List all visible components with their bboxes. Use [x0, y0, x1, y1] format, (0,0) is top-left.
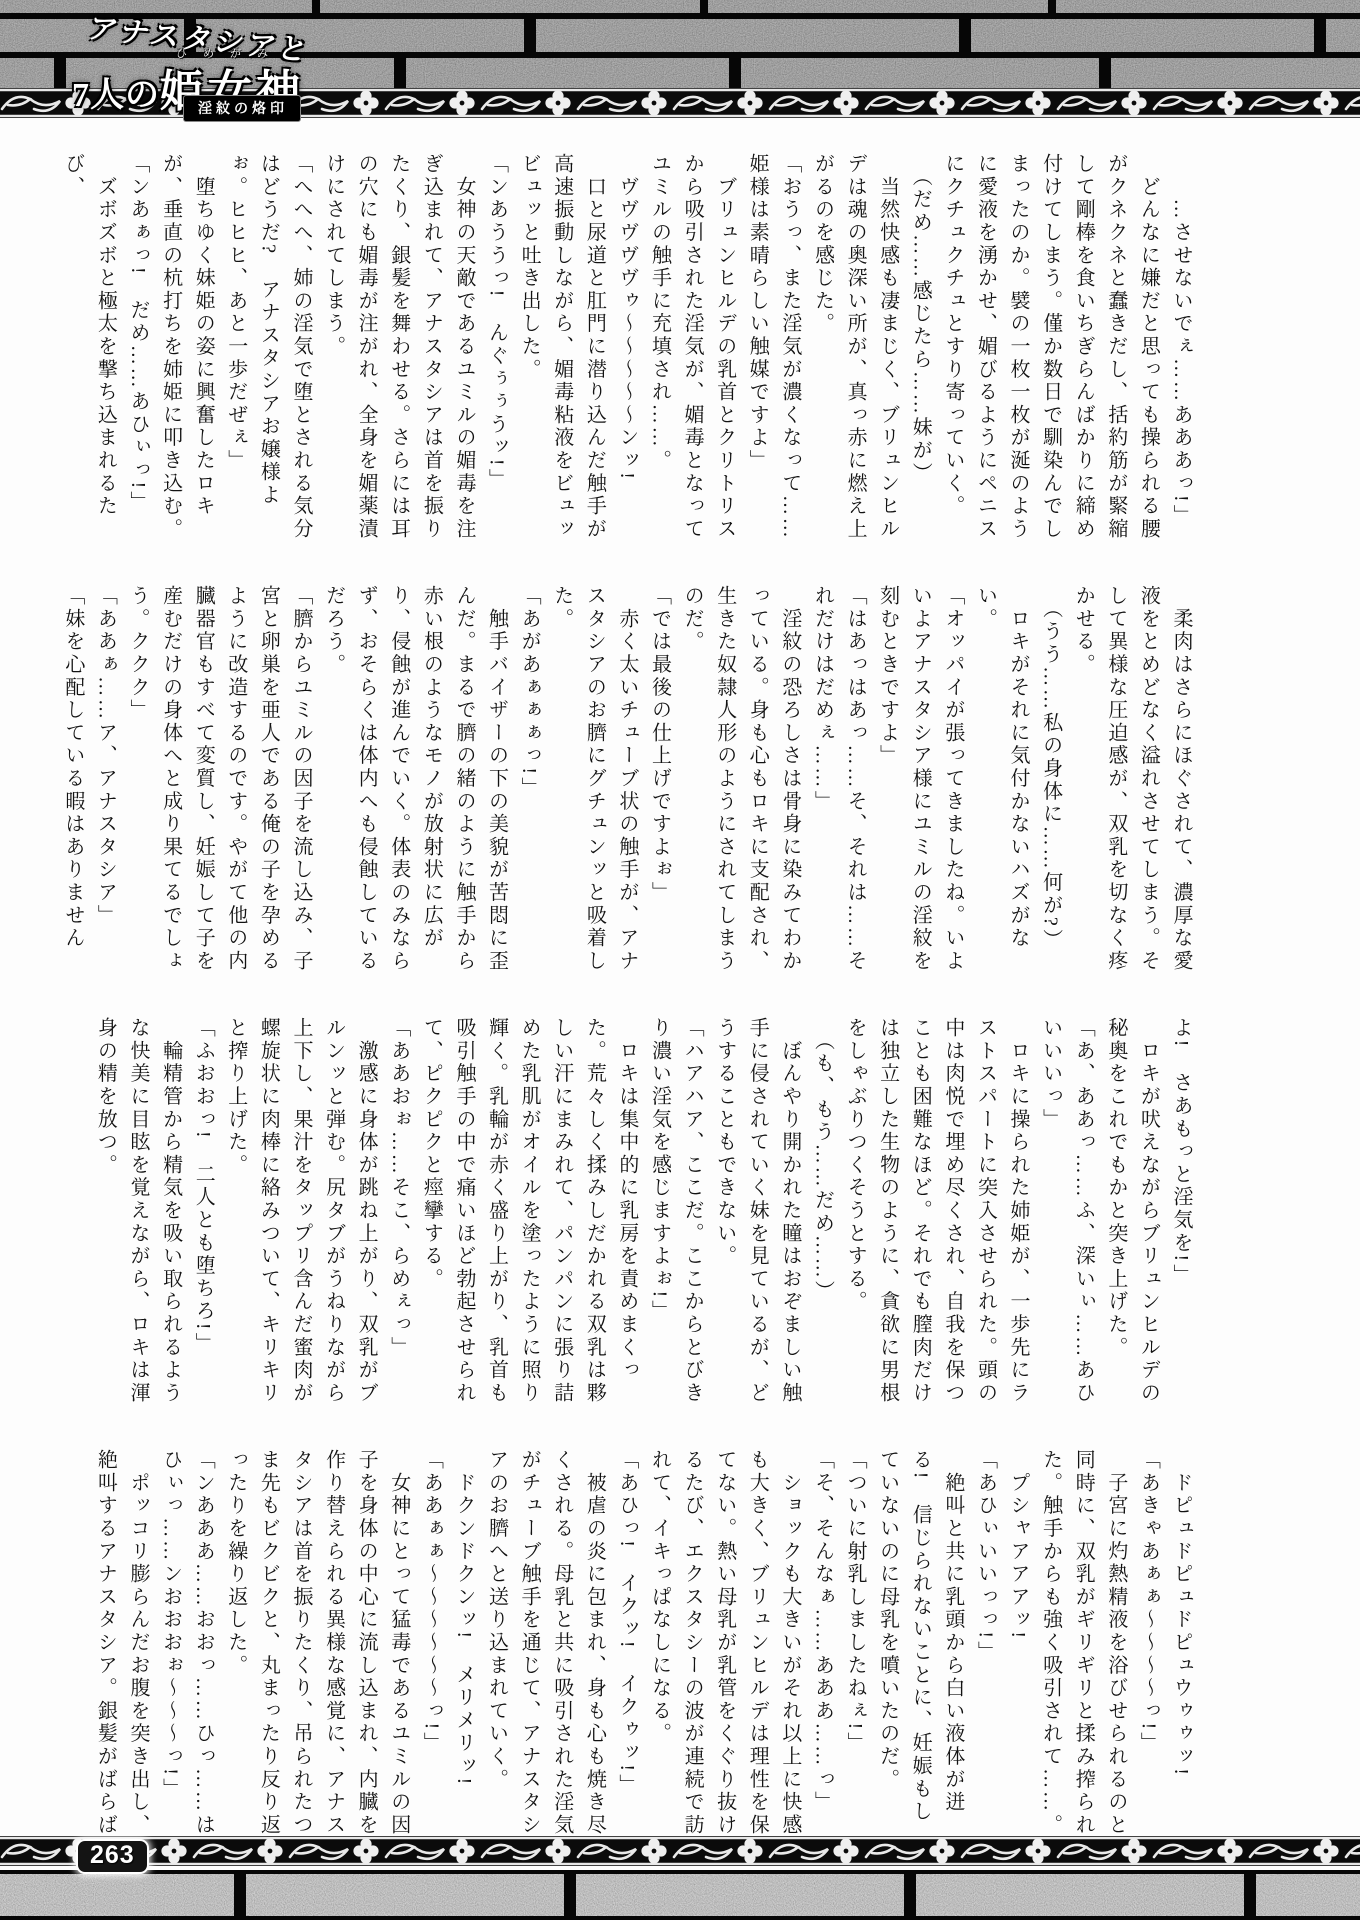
paragraph: 口と尿道と肛門に潜り込んだ触手が高速振動しながら、媚毒粘液をビュッビュッと吐き出…	[513, 153, 611, 541]
paragraph: 「あひぃいいっっ!」	[969, 1449, 1002, 1837]
logo-furigana: ひめがみ	[176, 45, 284, 61]
paragraph: ドクンドクンッ! メリメリッ!	[447, 1449, 480, 1837]
page-number: 263	[76, 1839, 149, 1874]
paragraph: ロキがそれに気付かないハズがない。	[969, 585, 1034, 973]
paragraph: 女神の天敵であるユミルの媚毒を注ぎ込まれて、アナスタシアは首を振りたくり、銀髪を…	[317, 153, 480, 541]
paragraph: 「はあっはあっ……そ、それは……それだけはだめぇ……」	[806, 585, 871, 973]
ornament-border-bottom	[0, 1836, 1360, 1866]
brick-wall-footer	[0, 1870, 1360, 1920]
text-band-3: よ! さあもっと淫気を!」 ロキが吠えながらブリュンヒルデの秘奥をこれでもかと突…	[75, 1017, 1197, 1405]
page-paper: …させないでぇ……あああっ!」 どんなに嫌だと思っても操られる腰がクネクネと蠢き…	[0, 118, 1360, 1836]
logo-title-line2-prefix: 7人の	[72, 77, 160, 114]
paragraph: ぼんやり開かれた瞳はおぞましい触手に侵されていく妹を見ているが、どうすることもで…	[708, 1017, 806, 1405]
paragraph: 輪精管から精気を吸い取られるような快美に目眩を覚えながら、ロキは渾身の精を放つ。	[89, 1017, 187, 1405]
paragraph: 被虐の炎に包まれ、身も心も焼き尽くされる。母乳と共に吸引された淫気がチューブ触手…	[480, 1449, 610, 1837]
logo-subtitle-badge: 淫紋の烙印	[183, 95, 301, 122]
paragraph: 「ンあううっ! んぐぅぅうッ!」	[480, 153, 513, 541]
paragraph: 「ああぁぁ〜〜〜〜〜〜っ!」	[415, 1449, 448, 1837]
paragraph: 堕ちゆく妹姫の姿に興奮したロキが、垂直の杭打ちを姉姫に叩き込む。	[154, 153, 219, 541]
paragraph: ポッコリ膨らんだお腹を突き出し、絶叫するアナスタシア。銀髪がばらば	[89, 1449, 154, 1837]
paragraph: 「ついに射乳しましたねぇ!」	[838, 1449, 871, 1837]
text-band-1: …させないでぇ……あああっ!」 どんなに嫌だと思っても操られる腰がクネクネと蠢き…	[75, 153, 1197, 541]
paragraph: 「あきゃあぁぁ〜〜〜〜っ!」	[1132, 1449, 1165, 1837]
paragraph: どんなに嫌だと思っても操られる腰がクネクネと蠢きだし、括約筋が緊縮して剛棒を食い…	[936, 153, 1164, 541]
paragraph: 「では最後の仕上げですよぉ」	[643, 585, 676, 973]
paragraph: 「ふおおっ! 二人とも堕ちろ!」	[187, 1017, 220, 1405]
paragraph: 激感に身体が跳ね上がり、双乳がブルンッと弾む。尻タブがうねりながら上下し、果汁を…	[219, 1017, 382, 1405]
paragraph: ヴヴヴヴヴゥ〜〜〜〜〜ンッ!	[610, 153, 643, 541]
paragraph: 「おうっ、また淫気が濃くなって……姫様は素晴らしい触媒ですよ」	[741, 153, 806, 541]
paragraph: ロキに操られた姉姫が、一歩先にラストスパートに突入させられた。頭の中は肉悦で埋め…	[838, 1017, 1034, 1405]
book-page: アナスタシアと ひめがみ 7人の姫女神 淫紋の烙印 …させないでぇ……あああっ!…	[0, 0, 1360, 1920]
paragraph: ズボズボと極太を撃ち込まれるたび、	[56, 153, 121, 541]
paragraph: 当然快感も凄まじく、ブリュンヒルデは魂の奥深い所が、真っ赤に燃え上がるのを感じた…	[806, 153, 904, 541]
paragraph: 「そ、そんなぁ……あああ……っ」	[806, 1449, 839, 1837]
paragraph: （うう……私の身体に……何が?）	[1034, 585, 1067, 973]
paragraph: 柔肉はさらにほぐされて、濃厚な愛液をとめどなく溢れさせてしまう。そして異様な圧迫…	[1067, 585, 1197, 973]
paragraph: 「ンあああ……おおっ……ひっ……はひぃっ……ンおおおぉ〜〜〜っ!」	[154, 1449, 219, 1837]
paragraph: 女神にとって猛毒であるユミルの因子を身体の中心に流し込まれ、内臓を作り替えられる…	[219, 1449, 415, 1837]
paragraph: 「あ、ああっ……ふ、深いぃ……あひいいいっ」	[1034, 1017, 1099, 1405]
paragraph: 「へへへ、姉の淫気で堕とされる気分はどうだ? アナスタシアお嬢様よぉ。ヒヒヒ、あ…	[219, 153, 317, 541]
paragraph: …させないでぇ……あああっ!」	[1164, 153, 1197, 541]
paragraph: 触手バイザーの下の美貌が苦悶に歪んだ。まるで臍の緒のように触手から赤い根のような…	[317, 585, 513, 973]
paragraph: ドピュドピュドピュウゥゥッ!	[1164, 1449, 1197, 1837]
paragraph: 「あがあぁぁぁっ!」	[513, 585, 546, 973]
paragraph: プシャアアアッ!	[1001, 1449, 1034, 1837]
paragraph: 「妹を心配している暇はありません	[56, 585, 89, 973]
floral-ornament-bottom	[0, 1836, 1360, 1866]
paragraph: ブリュンヒルデの乳首とクリトリスから吸引された淫気が、媚毒となってユミルの触手に…	[643, 153, 741, 541]
paragraph: 絶叫と共に乳頭から白い液体が迸る! 信じられないことに、妊娠もしていないのに母乳…	[871, 1449, 969, 1837]
paragraph: 「あひっ! イクッ! イクゥッ!」	[610, 1449, 643, 1837]
paragraph: （だめ……感じたら……妹が）	[904, 153, 937, 541]
paragraph: ショックも大きいがそれ以上に快感も大きく、ブリュンヒルデは理性を保てない。熱い母…	[643, 1449, 806, 1837]
paragraph: 「臍からユミルの因子を流し込み、子宮と卵巣を亜人である俺の子を孕めるように改造す…	[121, 585, 317, 973]
text-band-2: 柔肉はさらにほぐされて、濃厚な愛液をとめどなく溢れさせてしまう。そして異様な圧迫…	[75, 585, 1197, 973]
paragraph: 「ああおぉ……そこ、らめぇっ」	[382, 1017, 415, 1405]
paragraph: 「ンあぁっ! だめ……あひぃっ!」	[121, 153, 154, 541]
paragraph: 子宮に灼熱精液を浴びせられるのと同時に、双乳がギリギリと揉み搾られた。触手からも…	[1034, 1449, 1132, 1837]
paragraph: 「オッパイが張ってきましたね。いよいよアナスタシア様にユミルの淫紋を刻むときです…	[871, 585, 969, 973]
paragraph: （も、もう……だめ……）	[806, 1017, 839, 1405]
paragraph: 赤く太いチューブ状の触手が、アナスタシアのお臍にグチュンッと吸着した。	[545, 585, 643, 973]
text-band-4: ドピュドピュドピュウゥゥッ!「あきゃあぁぁ〜〜〜〜っ!」 子宮に灼熱精液を浴びせ…	[75, 1449, 1197, 1837]
paragraph: ロキが吠えながらブリュンヒルデの秘奥をこれでもかと突き上げた。	[1099, 1017, 1164, 1405]
paragraph: ロキは集中的に乳房を責めまくった。荒々しく揉みしだかれる双乳は夥しい汗にまみれて…	[415, 1017, 643, 1405]
paragraph: よ! さあもっと淫気を!」	[1164, 1017, 1197, 1405]
paragraph: 「ああぁ……ア、アナスタシア」	[89, 585, 122, 973]
paragraph: 「ハアハア、ここだ。ここからとびきり濃い淫気を感じますよぉ!」	[643, 1017, 708, 1405]
brick-texture-bottom	[0, 1870, 1360, 1920]
paragraph: 淫紋の恐ろしさは骨身に染みてわかっている。身も心もロキに支配され、生きた奴隷人形…	[676, 585, 806, 973]
